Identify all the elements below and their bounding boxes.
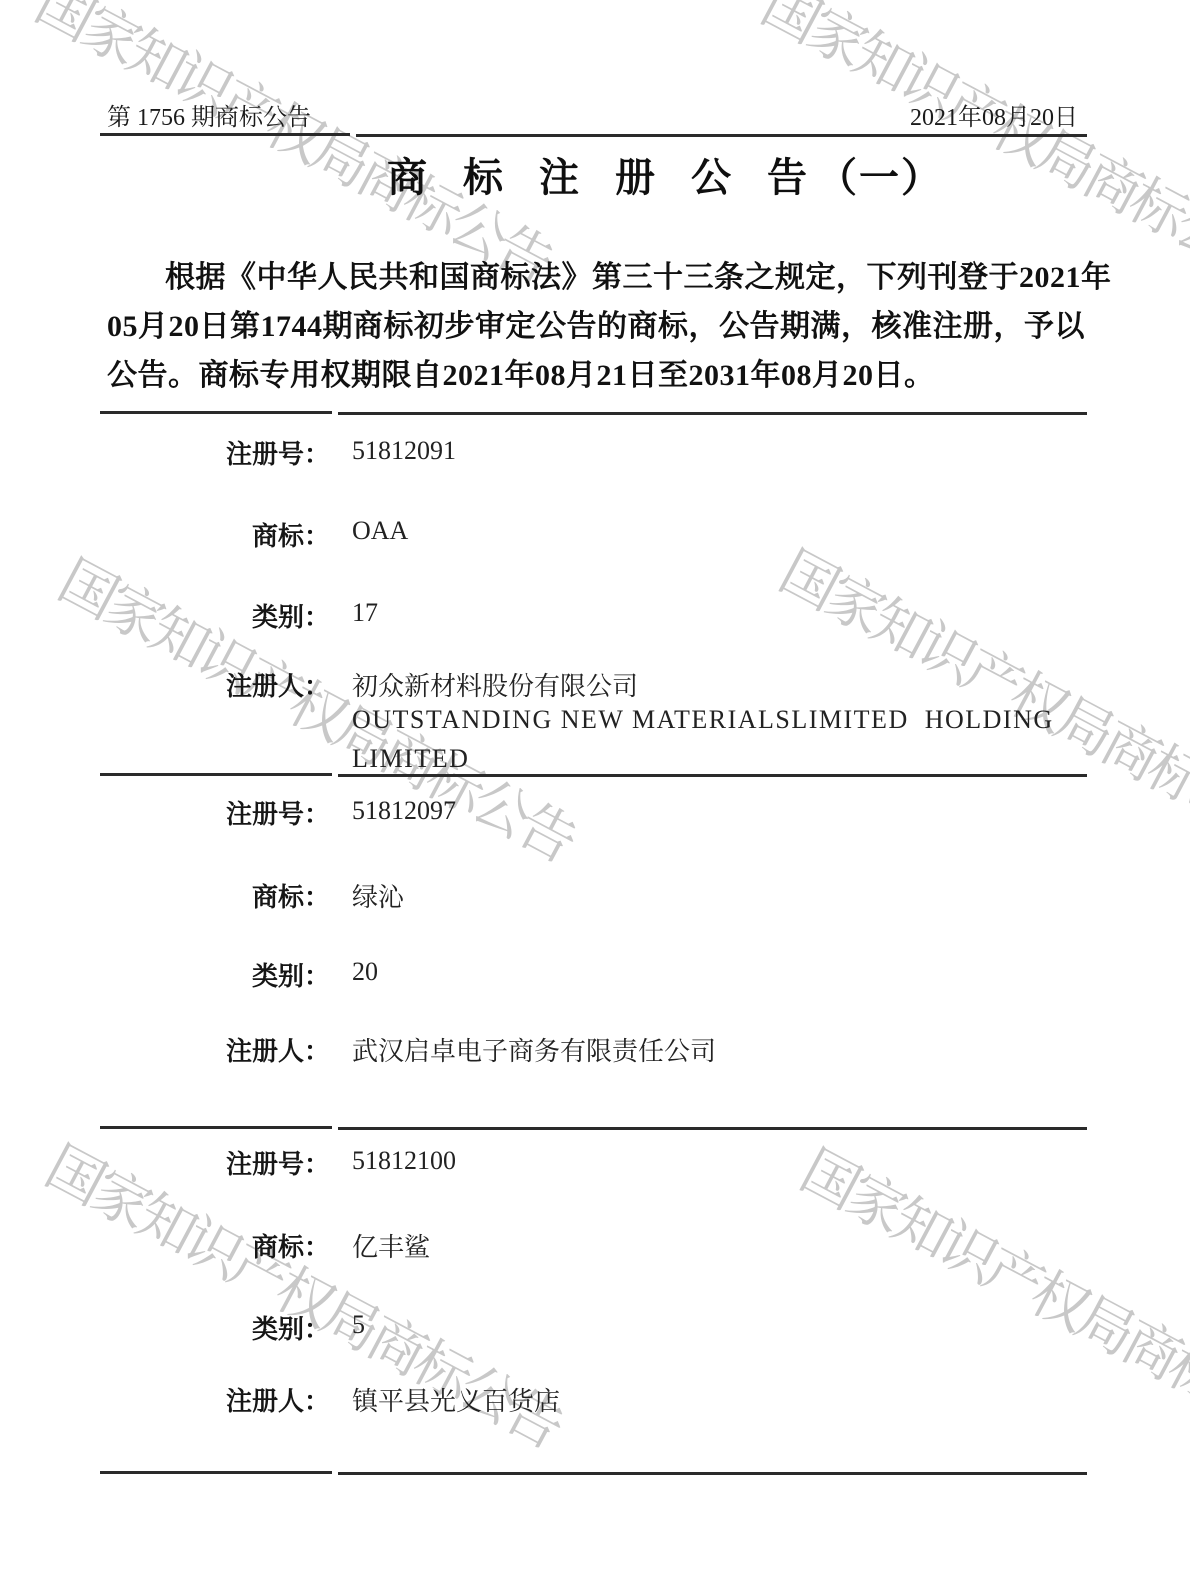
field-value-category: 5 [352, 1310, 365, 1340]
field-value-registrant: 武汉启卓电子商务有限责任公司 [352, 1031, 716, 1068]
field-label-registrant: 注册人： [100, 1031, 330, 1068]
field-value-reg-no: 51812097 [352, 796, 456, 826]
field-value-trademark: 亿丰鲨 [352, 1227, 430, 1264]
field-label-reg-no: 注册号： [100, 794, 330, 831]
header-date: 2021年08月20日 [910, 97, 1078, 132]
entry-separator [338, 1127, 1087, 1130]
intro-line: 根据《中华人民共和国商标法》第三十三条之规定，下列刊登于2021年 [165, 252, 1112, 296]
field-value-registrant-en: OUTSTANDING NEW MATERIALSLIMITED HOLDING [352, 705, 1054, 735]
page-title-main: 商标注册公告 [387, 155, 843, 200]
watermark: 国家知识产权局商标公告 [768, 527, 1190, 868]
page-title-paren: （一） [817, 155, 943, 200]
field-label-category: 类别： [100, 1309, 330, 1346]
entry-separator [100, 1126, 332, 1129]
field-label-category: 类别： [100, 956, 330, 993]
field-value-trademark: OAA [352, 516, 408, 546]
field-label-reg-no: 注册号： [100, 434, 330, 471]
page: 国家知识产权局商标公告 国家知识产权局商标公告 国家知识产权局商标公告 国家知识… [0, 0, 1190, 1574]
intro-line: 05月20日第1744期商标初步审定公告的商标，公告期满，核准注册，予以 [107, 301, 1085, 345]
field-value-registrant-en: LIMITED [352, 744, 469, 774]
field-value-registrant: 镇平县光义百货店 [352, 1381, 560, 1418]
header-issue: 第 1756 期商标公告 [107, 97, 311, 132]
bottom-rule [338, 1472, 1087, 1475]
field-label-trademark: 商标： [100, 877, 330, 914]
entry-separator [338, 412, 1087, 415]
entry-separator [338, 774, 1087, 777]
field-value-registrant: 初众新材料股份有限公司 [352, 666, 638, 703]
bottom-rule [100, 1471, 332, 1474]
header-rule [356, 134, 1087, 137]
header-rule [100, 133, 350, 136]
field-value-reg-no: 51812100 [352, 1146, 456, 1176]
entry-separator [100, 411, 332, 414]
field-label-trademark: 商标： [100, 516, 330, 553]
page-title: 商标注册公告（一） [387, 146, 943, 203]
watermark: 国家知识产权局商标公告 [789, 1126, 1190, 1467]
intro-line: 公告。商标专用权期限自2021年08月21日至2031年08月20日。 [107, 350, 935, 394]
field-label-category: 类别： [100, 597, 330, 634]
field-label-reg-no: 注册号： [100, 1144, 330, 1181]
field-label-registrant: 注册人： [100, 666, 330, 703]
field-value-category: 20 [352, 957, 378, 987]
field-label-registrant: 注册人： [100, 1381, 330, 1418]
entry-separator [100, 773, 332, 776]
field-value-trademark: 绿沁 [352, 877, 404, 914]
field-value-reg-no: 51812091 [352, 436, 456, 466]
field-label-trademark: 商标： [100, 1227, 330, 1264]
field-value-category: 17 [352, 598, 378, 628]
